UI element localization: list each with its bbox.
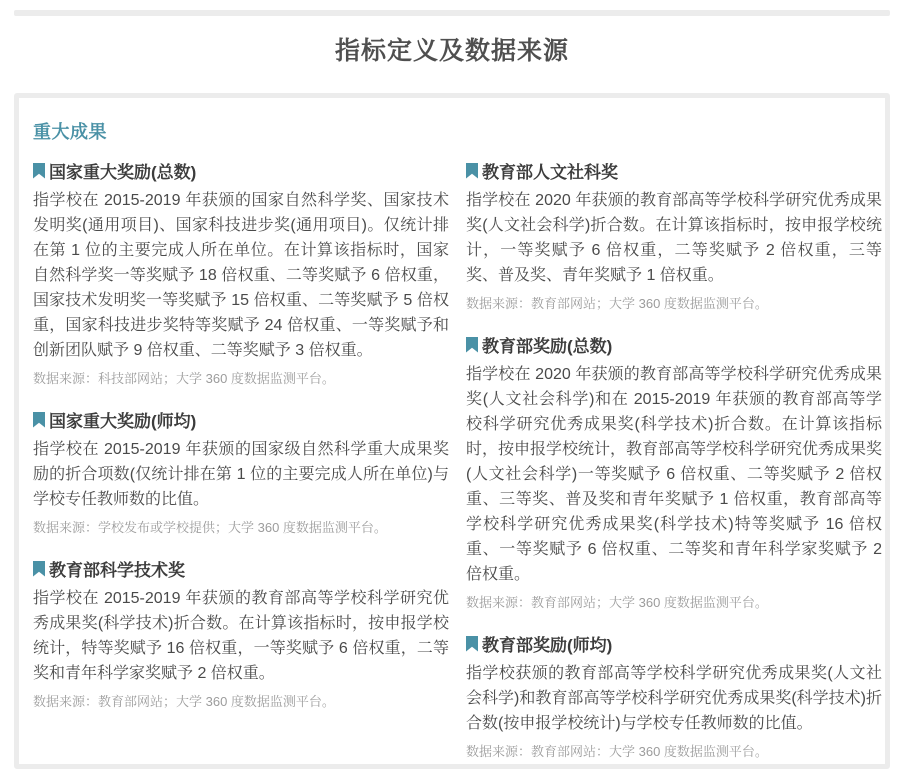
indicator-heading: 国家重大奖励(总数) xyxy=(33,158,449,183)
bookmark-icon xyxy=(33,163,45,179)
indicator-item: 国家重大奖励(师均) 指学校在 2015-2019 年获颁的国家级自然科学重大成… xyxy=(33,407,449,537)
indicator-item: 教育部奖励(师均) 指学校获颁的教育部高等学校科学研究优秀成果奖(人文社会科学)… xyxy=(466,631,882,761)
bookmark-icon xyxy=(466,163,478,179)
indicator-heading: 教育部奖励(师均) xyxy=(466,631,882,656)
indicator-name: 教育部奖励(总数) xyxy=(482,332,612,357)
indicator-data-source: 数据来源：教育部网站；大学 360 度数据监测平台。 xyxy=(466,594,882,612)
indicator-definition: 指学校在 2015-2019 年获颁的教育部高等学校科学研究优秀成果奖(科学技术… xyxy=(33,586,449,686)
indicator-definition: 指学校在 2020 年获颁的教育部高等学校科学研究优秀成果奖(人文社会科学)折合… xyxy=(466,188,882,288)
indicator-definition: 指学校获颁的教育部高等学校科学研究优秀成果奖(人文社会科学)和教育部高等学校科学… xyxy=(466,661,882,736)
indicator-item: 国家重大奖励(总数) 指学校在 2015-2019 年获颁的国家自然科学奖、国家… xyxy=(33,158,449,388)
indicator-definition: 指学校在 2015-2019 年获颁的国家自然科学奖、国家技术发明奖(通用项目)… xyxy=(33,188,449,363)
indicator-data-source: 数据来源：教育部网站；大学 360 度数据监测平台。 xyxy=(466,295,882,313)
indicator-item: 教育部奖励(总数) 指学校在 2020 年获颁的教育部高等学校科学研究优秀成果奖… xyxy=(466,332,882,612)
right-column: 教育部人文社科奖 指学校在 2020 年获颁的教育部高等学校科学研究优秀成果奖(… xyxy=(466,158,882,769)
indicator-definitions-card: 重大成果 国家重大奖励(总数) 指学校在 2015-2019 年获颁的国家自然科… xyxy=(14,93,890,769)
indicator-data-source: 数据来源：学校发布或学校提供；大学 360 度数据监测平台。 xyxy=(33,519,449,537)
indicator-heading: 教育部科学技术奖 xyxy=(33,556,449,581)
indicator-item: 教育部科学技术奖 指学校在 2015-2019 年获颁的教育部高等学校科学研究优… xyxy=(33,556,449,711)
indicator-definition: 指学校在 2020 年获颁的教育部高等学校科学研究优秀成果奖(人文社会科学)和在… xyxy=(466,362,882,587)
indicator-item: 教育部人文社科奖 指学校在 2020 年获颁的教育部高等学校科学研究优秀成果奖(… xyxy=(466,158,882,313)
indicator-heading: 国家重大奖励(师均) xyxy=(33,407,449,432)
page-title: 指标定义及数据来源 xyxy=(0,31,904,67)
indicator-data-source: 数据来源：科技部网站；大学 360 度数据监测平台。 xyxy=(33,370,449,388)
page: 指标定义及数据来源 重大成果 国家重大奖励(总数) 指学校在 2015-2019… xyxy=(0,0,904,777)
left-column: 国家重大奖励(总数) 指学校在 2015-2019 年获颁的国家自然科学奖、国家… xyxy=(33,158,449,769)
two-column-layout: 国家重大奖励(总数) 指学校在 2015-2019 年获颁的国家自然科学奖、国家… xyxy=(33,158,873,769)
indicator-name: 国家重大奖励(师均) xyxy=(49,407,196,432)
bookmark-icon xyxy=(33,561,45,577)
top-divider xyxy=(14,10,890,16)
indicator-heading: 教育部奖励(总数) xyxy=(466,332,882,357)
indicator-data-source: 数据来源：教育部网站：大学 360 度数据监测平台。 xyxy=(466,743,882,761)
card-section-title: 重大成果 xyxy=(33,118,873,144)
indicator-name: 国家重大奖励(总数) xyxy=(49,158,196,183)
indicator-data-source: 数据来源：教育部网站；大学 360 度数据监测平台。 xyxy=(33,693,449,711)
bookmark-icon xyxy=(466,337,478,353)
bookmark-icon xyxy=(33,412,45,428)
indicator-name: 教育部奖励(师均) xyxy=(482,631,612,656)
indicator-definition: 指学校在 2015-2019 年获颁的国家级自然科学重大成果奖励的折合项数(仅统… xyxy=(33,437,449,512)
indicator-heading: 教育部人文社科奖 xyxy=(466,158,882,183)
indicator-name: 教育部科学技术奖 xyxy=(49,556,185,581)
bookmark-icon xyxy=(466,636,478,652)
indicator-name: 教育部人文社科奖 xyxy=(482,158,618,183)
